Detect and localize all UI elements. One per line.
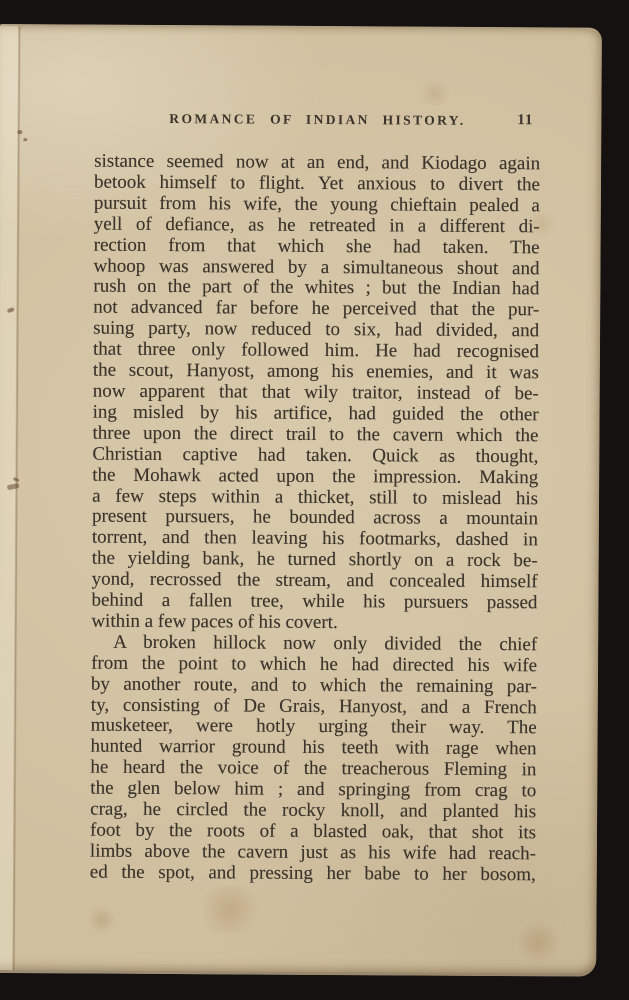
stain [514,921,562,963]
page-number: 11 [517,112,533,129]
body-text: sistance seemed now at an end, and Kioda… [90,152,540,886]
foxing-speck [13,477,20,482]
book-page-scan: ROMANCE OF INDIAN HISTORY. 11 sistance s… [0,0,629,1000]
foxing-speck [7,307,15,313]
paragraph: A broken hillock now only divided the ch… [90,632,538,886]
page: ROMANCE OF INDIAN HISTORY. 11 sistance s… [0,24,602,977]
foxing-speck [17,130,22,134]
foxing-speck [7,483,20,490]
paragraph: sistance seemed now at an end, and Kioda… [91,152,540,636]
stain [194,885,264,933]
page-crease [12,26,21,970]
page-header: ROMANCE OF INDIAN HISTORY. 11 [94,111,540,136]
text-line: ed the spot, and pressing her babe to he… [90,862,536,886]
running-title: ROMANCE OF INDIAN HISTORY. [94,111,540,130]
foxing-speck [23,138,27,141]
stain [86,907,116,933]
stain [418,81,452,107]
page-gutter-highlight [0,26,18,970]
